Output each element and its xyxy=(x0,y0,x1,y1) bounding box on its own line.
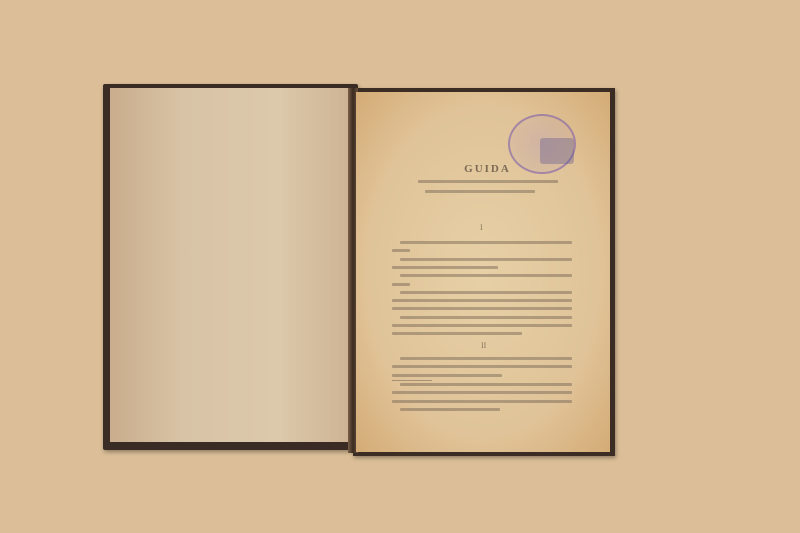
text-line xyxy=(400,383,572,386)
footnote-rule xyxy=(392,380,432,381)
text-line xyxy=(392,365,572,368)
text-line xyxy=(392,332,522,335)
left-page xyxy=(110,88,352,442)
text-line xyxy=(392,249,410,252)
stamp-mark xyxy=(540,138,574,164)
text-line xyxy=(400,258,572,261)
text-line xyxy=(400,241,572,244)
text-line xyxy=(400,291,572,294)
text-line xyxy=(392,391,572,394)
text-line xyxy=(392,307,572,310)
text-line xyxy=(400,274,572,277)
author-line xyxy=(425,190,535,193)
text-line xyxy=(392,374,502,377)
text-line xyxy=(392,324,572,327)
page-title: GUIDA xyxy=(440,163,535,175)
text-line xyxy=(400,408,500,411)
text-line xyxy=(392,266,498,269)
text-line xyxy=(392,299,572,302)
section-numeral-1: I xyxy=(480,223,483,232)
text-line xyxy=(392,400,572,403)
section-numeral-2: II xyxy=(481,341,486,350)
subtitle-line xyxy=(418,180,558,183)
text-line xyxy=(400,357,572,360)
text-line xyxy=(400,316,572,319)
text-line xyxy=(392,283,410,286)
